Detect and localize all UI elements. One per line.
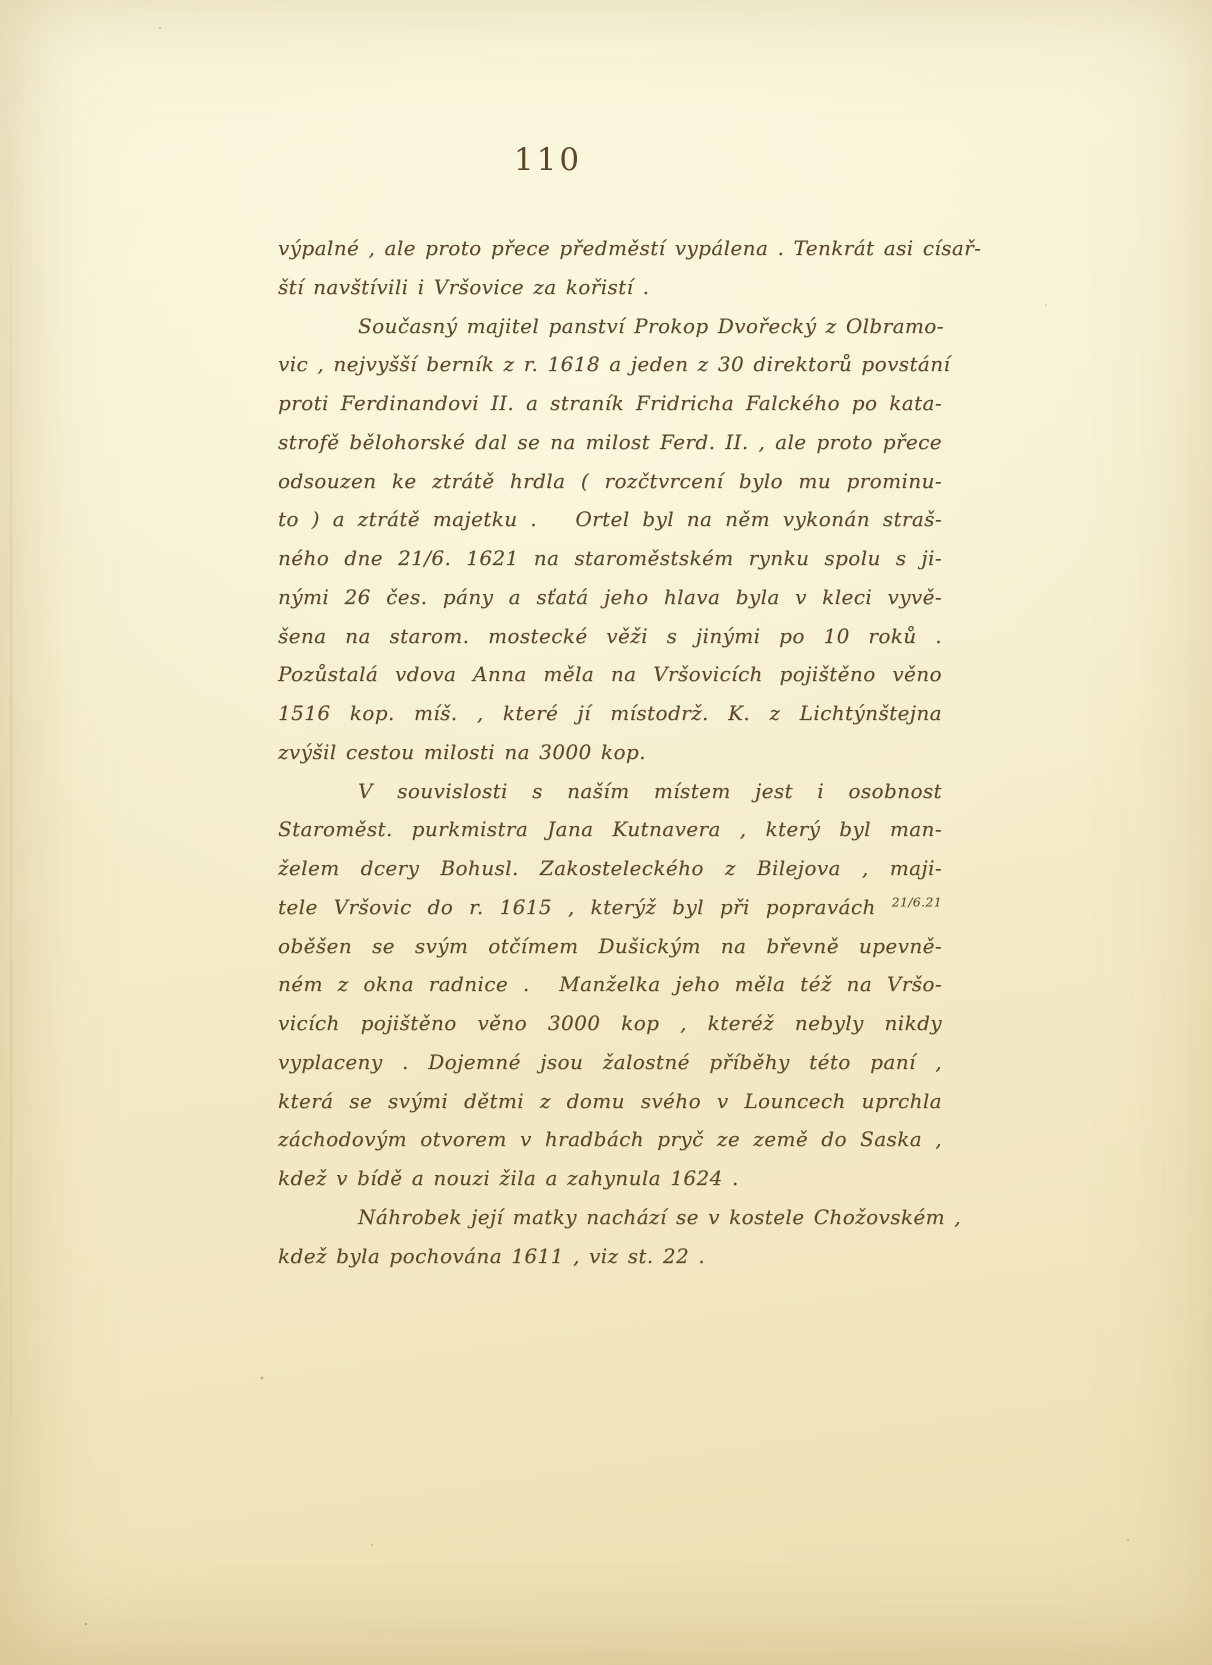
manuscript-line: kdež v bídě a nouzi žila a zahynula 1624… xyxy=(278,1159,942,1198)
manuscript-line: záchodovým otvorem v hradbách pryč ze ze… xyxy=(278,1120,942,1159)
manuscript-line: ného dne 21/6. 1621 na staroměstském ryn… xyxy=(278,539,942,578)
manuscript-line: želem dcery Bohusl. Zakosteleckého z Bil… xyxy=(278,849,942,888)
manuscript-line: proti Ferdinandovi II. a straník Fridric… xyxy=(278,384,942,423)
manuscript-text: výpalné , ale proto přece předměstí vypá… xyxy=(278,229,942,1275)
manuscript-line: Současný majitel panství Prokop Dvořecký… xyxy=(278,307,942,346)
page-number: 110 xyxy=(512,142,584,178)
manuscript-line: V souvislosti s naším místem jest i osob… xyxy=(278,772,942,811)
manuscript-line: která se svými dětmi z domu svého v Loun… xyxy=(278,1082,942,1121)
manuscript-line: strofě bělohorské dal se na milost Ferd.… xyxy=(278,423,942,462)
manuscript-line: nými 26 čes. pány a sťatá jeho hlava byl… xyxy=(278,578,942,617)
manuscript-line: vicích pojištěno věno 3000 kop , kteréž … xyxy=(278,1004,942,1043)
manuscript-line: ném z okna radnice . Manželka jeho měla … xyxy=(278,965,942,1004)
manuscript-line: ští navštívili i Vršovice za kořistí . xyxy=(278,268,942,307)
manuscript-line: odsouzen ke ztrátě hrdla ( rozčtvrcení b… xyxy=(278,462,942,501)
manuscript-line: Staroměst. purkmistra Jana Kutnavera , k… xyxy=(278,810,942,849)
manuscript-line: Náhrobek její matky nachází se v kostele… xyxy=(278,1198,942,1237)
manuscript-line: zvýšil cestou milosti na 3000 kop. xyxy=(278,733,942,772)
manuscript-line: to ) a ztrátě majetku . Ortel byl na něm… xyxy=(278,500,942,539)
manuscript-line: vyplaceny . Dojemné jsou žalostné příběh… xyxy=(278,1043,942,1082)
superscript-date: 21/6.21 xyxy=(892,894,942,909)
manuscript-line: Pozůstalá vdova Anna měla na Vršovicích … xyxy=(278,655,942,694)
manuscript-line: kdež byla pochována 1611 , viz st. 22 . xyxy=(278,1237,942,1276)
manuscript-page: 110 výpalné , ale proto přece předměstí … xyxy=(0,0,1212,1665)
manuscript-line: šena na starom. mostecké věži s jinými p… xyxy=(278,617,942,656)
manuscript-line: výpalné , ale proto přece předměstí vypá… xyxy=(278,229,942,268)
manuscript-line: tele Vršovic do r. 1615 , kterýž byl při… xyxy=(278,888,942,927)
manuscript-line: vic , nejvyšší berník z r. 1618 a jeden … xyxy=(278,345,942,384)
manuscript-line: 1516 kop. míš. , které jí místodrž. K. z… xyxy=(278,694,942,733)
manuscript-line: oběšen se svým otčímem Dušickým na břevn… xyxy=(278,927,942,966)
